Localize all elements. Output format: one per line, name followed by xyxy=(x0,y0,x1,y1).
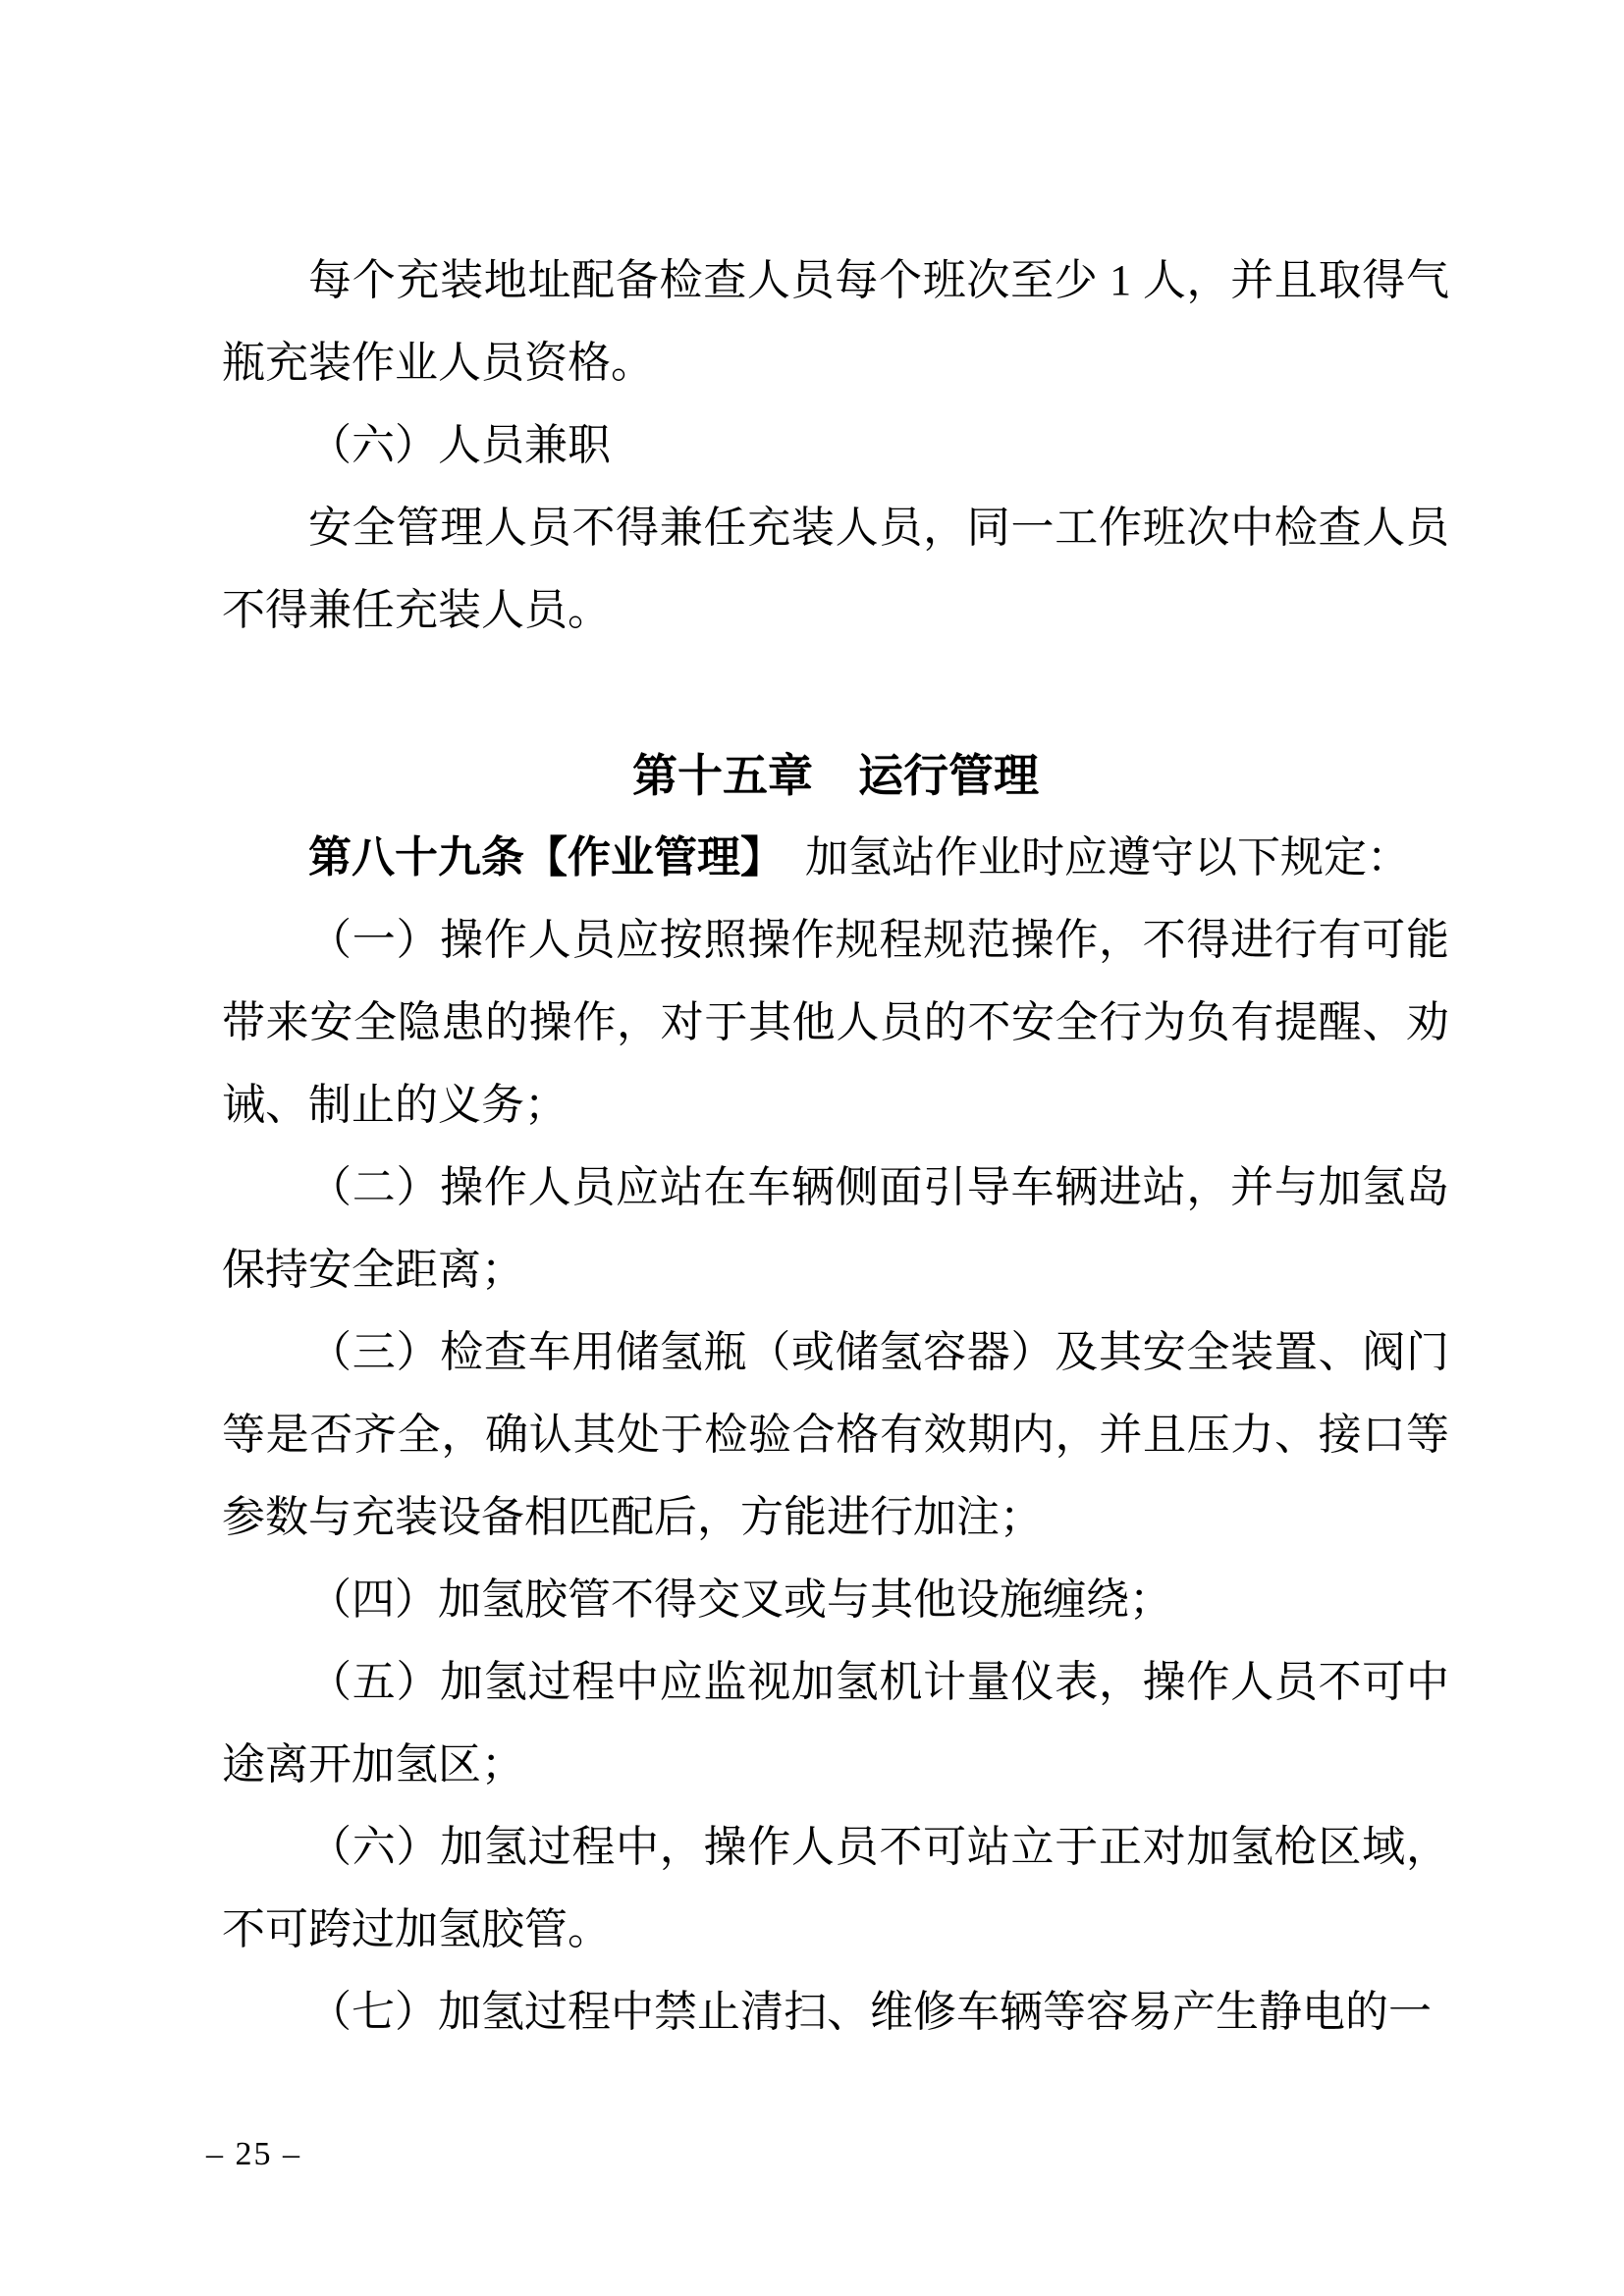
page-number: – 25 – xyxy=(206,2136,301,2173)
article-89-title: 第八十九条【作业管理】 xyxy=(308,833,762,881)
article-89-intro-text: 加氢站作业时应遵守以下规定： xyxy=(762,833,1410,881)
rule-item-4: （四）加氢胶管不得交叉或与其他设施缠绕； xyxy=(222,1559,1449,1641)
paragraph-item-six-heading: （六）人员兼职 xyxy=(222,404,1449,487)
rule-item-6: （六）加氢过程中，操作人员不可站立于正对加氢枪区域，不可跨过加氢胶管。 xyxy=(222,1806,1449,1971)
page-content: 每个充装地址配备检查人员每个班次至少 1 人，并且取得气瓶充装作业人员资格。 （… xyxy=(222,240,1449,2054)
rule-item-1: （一）操作人员应按照操作规程规范操作，不得进行有可能带来安全隐患的操作，对于其他… xyxy=(222,899,1449,1147)
chapter-heading: 第十五章 运行管理 xyxy=(222,734,1449,817)
paragraph-concurrent-duty-rule: 安全管理人员不得兼任充装人员，同一工作班次中检查人员不得兼任充装人员。 xyxy=(222,487,1449,652)
article-89-paragraph: 第八十九条【作业管理】 加氢站作业时应遵守以下规定： xyxy=(222,817,1449,899)
paragraph-inspector-staffing: 每个充装地址配备检查人员每个班次至少 1 人，并且取得气瓶充装作业人员资格。 xyxy=(222,240,1449,404)
rule-item-7: （七）加氢过程中禁止清扫、维修车辆等容易产生静电的一 xyxy=(222,1971,1449,2054)
rule-item-3: （三）检查车用储氢瓶（或储氢容器）及其安全装置、阀门等是否齐全，确认其处于检验合… xyxy=(222,1311,1449,1559)
rule-item-2: （二）操作人员应站在车辆侧面引导车辆进站，并与加氢岛保持安全距离； xyxy=(222,1147,1449,1311)
document-page: 每个充装地址配备检查人员每个班次至少 1 人，并且取得气瓶充装作业人员资格。 （… xyxy=(0,0,1624,2296)
rule-item-5: （五）加氢过程中应监视加氢机计量仪表，操作人员不可中途离开加氢区； xyxy=(222,1641,1449,1806)
